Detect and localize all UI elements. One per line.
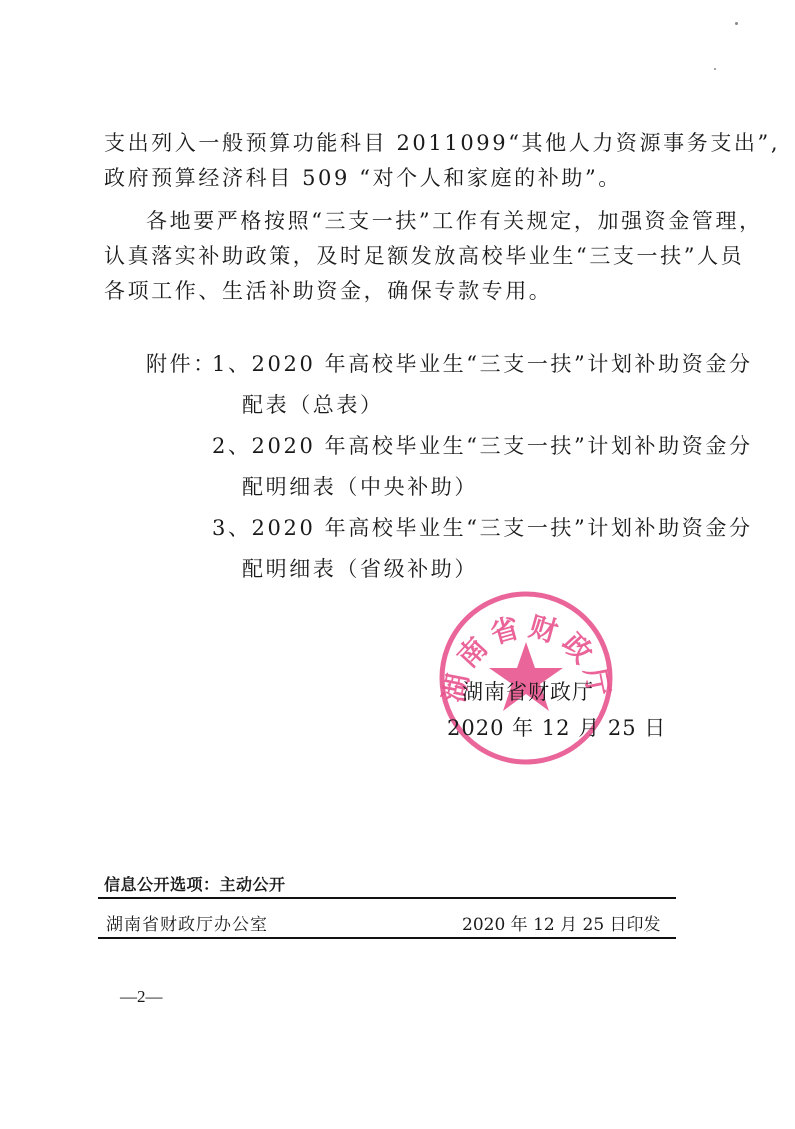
attachment-item-2: 2、2020 年高校毕业生“三支一扶”计划补助资金分: [212, 430, 753, 460]
attachment-item-1: 1、2020 年高校毕业生“三支一扶”计划补助资金分: [212, 348, 753, 378]
body-line: 政府预算经济科目 509 “对个人和家庭的补助”。: [104, 162, 622, 192]
signature-date: 2020 年 12 月 25 日: [447, 712, 666, 742]
attachments-label: 附件：: [146, 348, 217, 378]
scan-speck: [735, 22, 738, 25]
attachment-item-3-cont: 配明细表（省级补助）: [242, 553, 478, 583]
attachment-item-2-cont: 配明细表（中央补助）: [242, 471, 478, 501]
divider-bottom: [98, 937, 676, 939]
issuer: 湖南省财政厅办公室: [106, 910, 268, 935]
body-line: 各地要严格按照“三支一扶”工作有关规定，加强资金管理，: [146, 205, 763, 235]
divider-top: [98, 897, 676, 899]
info-disclosure: 信息公开选项：主动公开: [104, 872, 286, 895]
issue-date: 2020 年 12 月 25 日印发: [462, 910, 661, 935]
body-line: 各项工作、生活补助资金，确保专款专用。: [104, 275, 552, 305]
attachment-item-3: 3、2020 年高校毕业生“三支一扶”计划补助资金分: [212, 512, 753, 542]
scan-speck: [714, 68, 716, 70]
signature-org: 湖南省财政厅: [462, 676, 594, 706]
attachment-item-1-cont: 配表（总表）: [242, 389, 384, 419]
page-number: —2—: [120, 987, 163, 1007]
body-line: 认真落实补助政策，及时足额发放高校毕业生“三支一扶”人员: [104, 240, 744, 270]
body-line: 支出列入一般预算功能科目 2011099“其他人力资源事务支出”,: [104, 127, 780, 157]
